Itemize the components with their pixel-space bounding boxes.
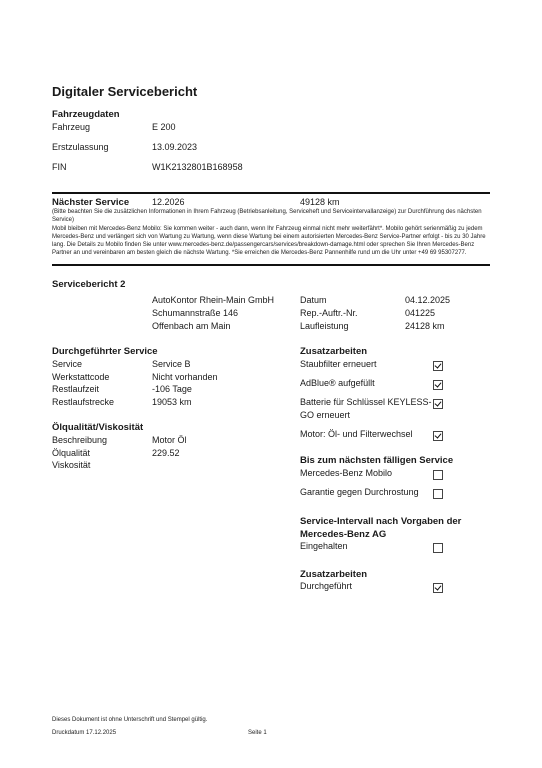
performed-label: Restlaufzeit bbox=[52, 384, 99, 394]
validity-note: Dieses Dokument ist ohne Unterschrift un… bbox=[52, 717, 207, 723]
vehicle-value: W1K2132801B168958 bbox=[152, 162, 243, 172]
extra-work-item-label: Motor: Öl- und Filterwechsel bbox=[300, 429, 413, 439]
extra-work-item-label-cont: GO erneuert bbox=[300, 410, 350, 420]
oil-label: Viskosität bbox=[52, 460, 90, 470]
interval-item-label: Eingehalten bbox=[300, 541, 348, 551]
oil-heading: Ölqualität/Viskosität bbox=[52, 422, 143, 433]
until-next-checkbox[interactable] bbox=[433, 489, 443, 499]
until-next-heading: Bis zum nächsten fälligen Service bbox=[300, 455, 453, 466]
oil-value: Motor Öl bbox=[152, 435, 187, 445]
performed-value: -106 Tage bbox=[152, 384, 192, 394]
extra-work-heading: Zusatzarbeiten bbox=[300, 346, 367, 357]
report-label: Laufleistung bbox=[300, 321, 349, 331]
mobilo-info: Mobil bleiben mit Mercedes-Benz Mobilo: … bbox=[52, 225, 490, 257]
interval-heading-cont: Mercedes-Benz AG bbox=[300, 529, 386, 540]
performed-label: Service bbox=[52, 359, 82, 369]
until-next-checkbox[interactable] bbox=[433, 470, 443, 480]
extra-work-checkbox[interactable] bbox=[433, 380, 443, 390]
vehicle-heading: Fahrzeugdaten bbox=[52, 109, 120, 120]
performed-value: Nicht vorhanden bbox=[152, 372, 218, 382]
extra-work-item-label: Batterie für Schlüssel KEYLESS- bbox=[300, 397, 432, 407]
extra-work2-checkbox[interactable] bbox=[433, 583, 443, 593]
performed-label: Werkstattcode bbox=[52, 372, 109, 382]
extra-work-checkbox[interactable] bbox=[433, 399, 443, 409]
vehicle-value: E 200 bbox=[152, 122, 176, 132]
next-service-date: 12.2026 bbox=[152, 197, 185, 207]
extra-work-checkbox[interactable] bbox=[433, 431, 443, 441]
page-number: Seite 1 bbox=[248, 730, 267, 736]
vehicle-label: Fahrzeug bbox=[52, 122, 90, 132]
performed-label: Restlaufstrecke bbox=[52, 397, 114, 407]
next-service-mileage: 49128 km bbox=[300, 197, 340, 207]
vehicle-label: Erstzulassung bbox=[52, 142, 109, 152]
extra-work-checkbox[interactable] bbox=[433, 361, 443, 371]
oil-label: Beschreibung bbox=[52, 435, 107, 445]
divider-top bbox=[52, 192, 490, 194]
performed-heading: Durchgeführter Service bbox=[52, 346, 158, 357]
dealer-name: AutoKontor Rhein-Main GmbH bbox=[152, 295, 274, 305]
dealer-street: Schumannstraße 146 bbox=[152, 308, 238, 318]
report-value: 04.12.2025 bbox=[405, 295, 450, 305]
vehicle-value: 13.09.2023 bbox=[152, 142, 197, 152]
report-value: 041225 bbox=[405, 308, 435, 318]
performed-value: Service B bbox=[152, 359, 191, 369]
until-next-item-label: Garantie gegen Durchrostung bbox=[300, 487, 419, 497]
vehicle-label: FIN bbox=[52, 162, 67, 172]
dealer-city: Offenbach am Main bbox=[152, 321, 230, 331]
extra-work-item-label: Staubfilter erneuert bbox=[300, 359, 377, 369]
page-title: Digitaler Servicebericht bbox=[52, 84, 197, 99]
interval-checkbox[interactable] bbox=[433, 543, 443, 553]
extra-work2-item-label: Durchgeführt bbox=[300, 581, 352, 591]
divider-bottom bbox=[52, 264, 490, 266]
report-value: 24128 km bbox=[405, 321, 445, 331]
report-label: Datum bbox=[300, 295, 327, 305]
until-next-item-label: Mercedes-Benz Mobilo bbox=[300, 468, 392, 478]
extra-work-item-label: AdBlue® aufgefüllt bbox=[300, 378, 375, 388]
report-label: Rep.-Auftr.-Nr. bbox=[300, 308, 358, 318]
report-heading: Servicebericht 2 bbox=[52, 279, 125, 290]
oil-value: 229.52 bbox=[152, 448, 180, 458]
extra-work2-heading: Zusatzarbeiten bbox=[300, 569, 367, 580]
print-date: Druckdatum 17.12.2025 bbox=[52, 730, 116, 736]
performed-value: 19053 km bbox=[152, 397, 192, 407]
next-service-label: Nächster Service bbox=[52, 197, 129, 208]
interval-heading: Service-Intervall nach Vorgaben der bbox=[300, 516, 461, 527]
next-service-note: (Bitte beachten Sie die zusätzlichen Inf… bbox=[52, 208, 490, 224]
oil-label: Ölqualität bbox=[52, 448, 90, 458]
